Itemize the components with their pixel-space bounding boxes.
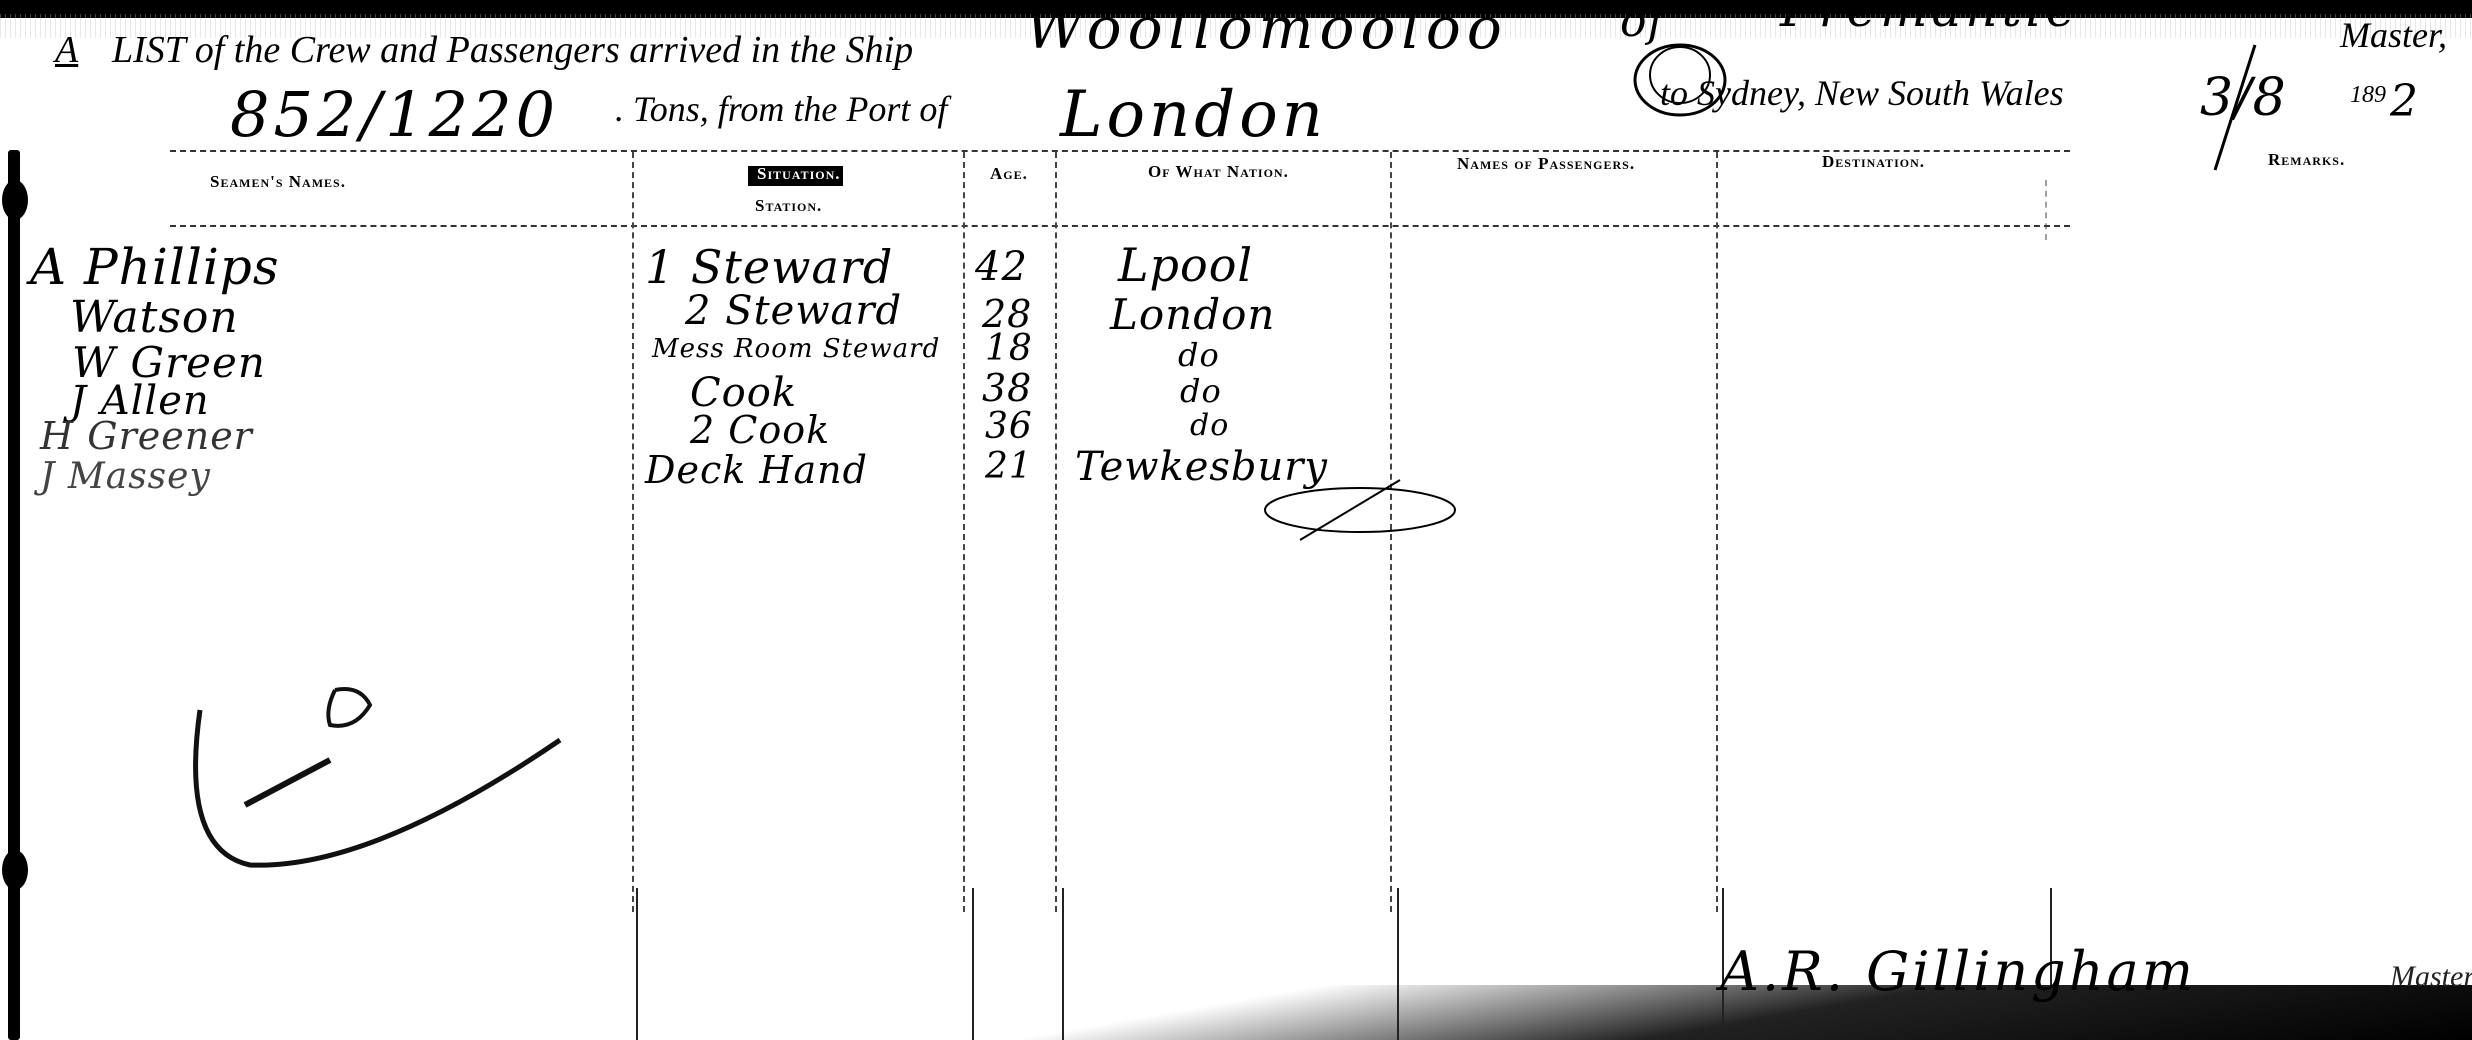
header-situation: Situation. [757,164,841,184]
margin-checkmark [170,650,570,880]
tons-from-port-label: . Tons, from the Port of [615,88,947,130]
flourish-stroke [2205,40,2265,180]
flourish-stroke [1620,20,1740,140]
seaman-name: A Phillips [30,238,279,296]
master-signature: A.R. Gillingham [1720,940,2196,1003]
year-hand: 2 [2390,76,2419,127]
seaman-name: J Massey [40,456,211,497]
year-print: 189 [2350,82,2386,109]
scan-shadow [700,985,2472,1040]
nation: do [1178,336,1220,374]
age: 42 [975,244,1028,290]
age: 18 [985,328,1033,369]
header-station: Station. [755,196,822,216]
nation: do [1180,372,1222,410]
flourish-stroke [1240,470,1460,550]
nation: do [1190,408,1229,443]
header-age: Age. [990,164,1028,184]
header-passengers: Names of Passengers. [1457,154,1635,174]
title-prefix: A [55,28,78,72]
age: 36 [985,406,1033,447]
seaman-name: Watson [70,292,239,343]
nation: Lpool [1118,238,1253,292]
situation: 2 Steward [685,288,902,334]
header-remarks: Remarks. [2268,150,2345,170]
column-divider [632,152,634,912]
title-text: LIST of the Crew and Passengers arrived … [112,28,913,72]
situation: 2 Cook [690,408,830,452]
column-divider [1716,152,1718,912]
situation: Deck Hand [645,448,868,492]
table-top-rule [170,150,2070,152]
tonnage: 852/1220 [230,78,559,151]
header-nation: Of What Nation. [1148,162,1289,182]
signature-title: Master [2390,960,2472,994]
master-label: Master, [2340,14,2447,56]
age: 38 [982,366,1032,410]
binding-thread [2,180,28,220]
seaman-name: H Greener [40,414,253,458]
age: 21 [985,446,1033,487]
nation: London [1110,290,1275,339]
header-seamens-names: Seamen's Names. [210,172,346,192]
binding-thread [2,850,28,890]
column-divider [2045,180,2047,240]
header-destination: Destination. [1822,152,1925,172]
ledger-binding [8,150,20,1040]
port-from: London [1060,78,1327,152]
column-divider [1055,152,1057,912]
column-divider [963,152,965,912]
situation: 1 Steward [645,240,893,294]
column-divider-lower [636,888,638,1040]
situation: Mess Room Steward [652,334,940,364]
ship-name: Woollomooloo [1025,0,1508,62]
port-of-registry: Fremantle [1780,0,2079,38]
table-header-rule [170,225,2070,227]
